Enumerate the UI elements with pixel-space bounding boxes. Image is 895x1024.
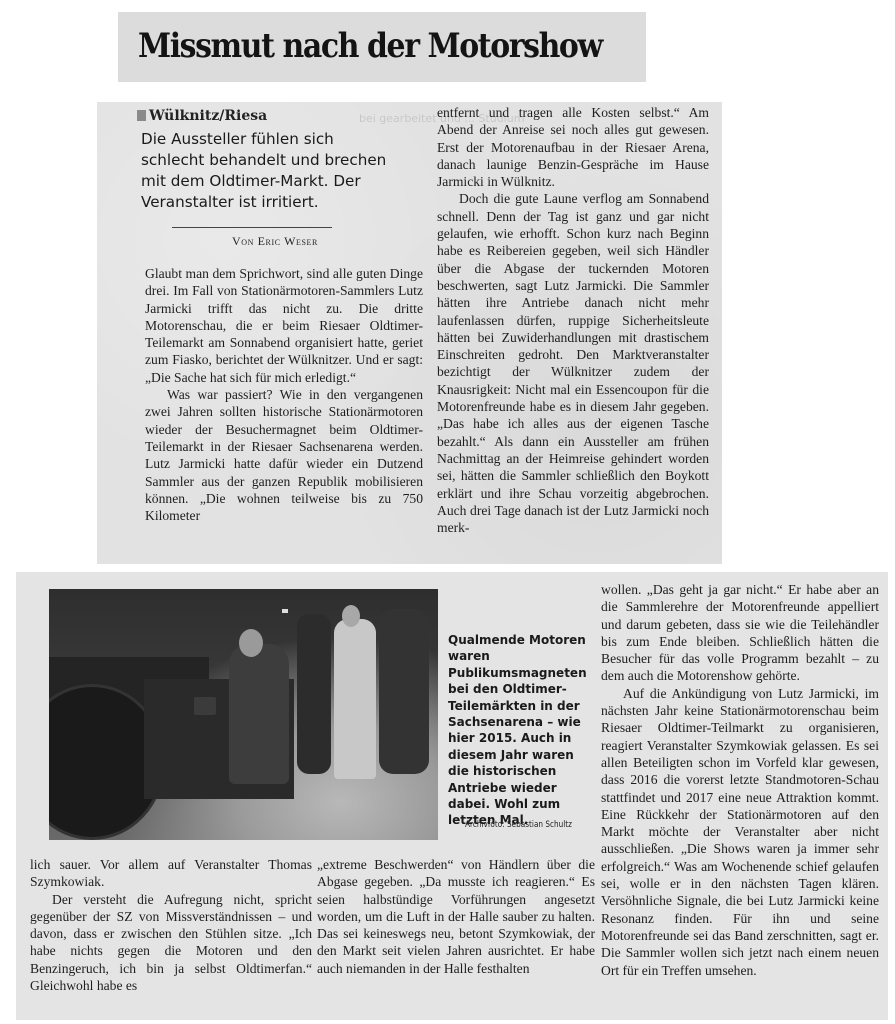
teaser-divider (172, 227, 332, 228)
lower-clipping: Qualmende Motoren waren Publikumsmagnete… (16, 572, 888, 1020)
photo-person (334, 619, 376, 779)
paragraph: entfernt und tragen alle Kosten selbst.“… (437, 104, 709, 190)
paragraph: Doch die gute Laune verflog am Sonnabend… (437, 190, 709, 536)
paragraph: „extreme Beschwerden“ von Händlern über … (317, 856, 595, 977)
photo-person-head (239, 629, 263, 657)
lower-column-3: wollen. „Das geht ja gar nicht.“ Er habe… (601, 581, 879, 979)
upper-column-2: entfernt und tragen alle Kosten selbst.“… (437, 104, 709, 536)
paragraph: lich sauer. Vor allem auf Veranstalter T… (30, 856, 312, 891)
location-kicker: Wülknitz/Riesa (137, 108, 267, 124)
photo-person-head (342, 605, 360, 627)
photo-person (297, 614, 331, 774)
upper-column-1: Glaubt man dem Sprichwort, sind alle gut… (145, 265, 423, 524)
paragraph: Der versteht die Aufregung nicht, sprich… (30, 891, 312, 995)
photo-ceiling-light (282, 609, 288, 613)
upper-clipping: bei gearbeitet und ... Studium Wülknitz/… (97, 102, 722, 564)
article-photo (49, 589, 438, 840)
lower-column-1: lich sauer. Vor allem auf Veranstalter T… (30, 856, 312, 994)
photo-caption: Qualmende Motoren waren Publikumsmagnete… (448, 632, 598, 829)
article-headline: Missmut nach der Motorshow (138, 26, 602, 66)
paragraph: Glaubt man dem Sprichwort, sind alle gut… (145, 265, 423, 386)
photo-credit: Archivfoto: Sebastian Schultz (465, 820, 572, 830)
photo-person (379, 609, 429, 774)
paragraph: wollen. „Das geht ja gar nicht.“ Er habe… (601, 581, 879, 685)
lower-column-2: „extreme Beschwerden“ von Händlern über … (317, 856, 595, 977)
photo-crouching-person (229, 644, 289, 784)
headline-clipping: Missmut nach der Motorshow (118, 12, 646, 82)
paragraph: Auf die Ankündigung von Lutz Jarmicki, i… (601, 685, 879, 979)
kicker-square-icon (137, 110, 146, 121)
kicker-text: Wülknitz/Riesa (149, 108, 267, 124)
article-teaser: Die Aussteller fühlen sich schlecht beha… (141, 129, 401, 213)
photo-engine-pot (194, 697, 216, 715)
paragraph: Was war passiert? Wie in den vergangenen… (145, 386, 423, 524)
author-byline: Von Eric Weser (232, 234, 318, 249)
